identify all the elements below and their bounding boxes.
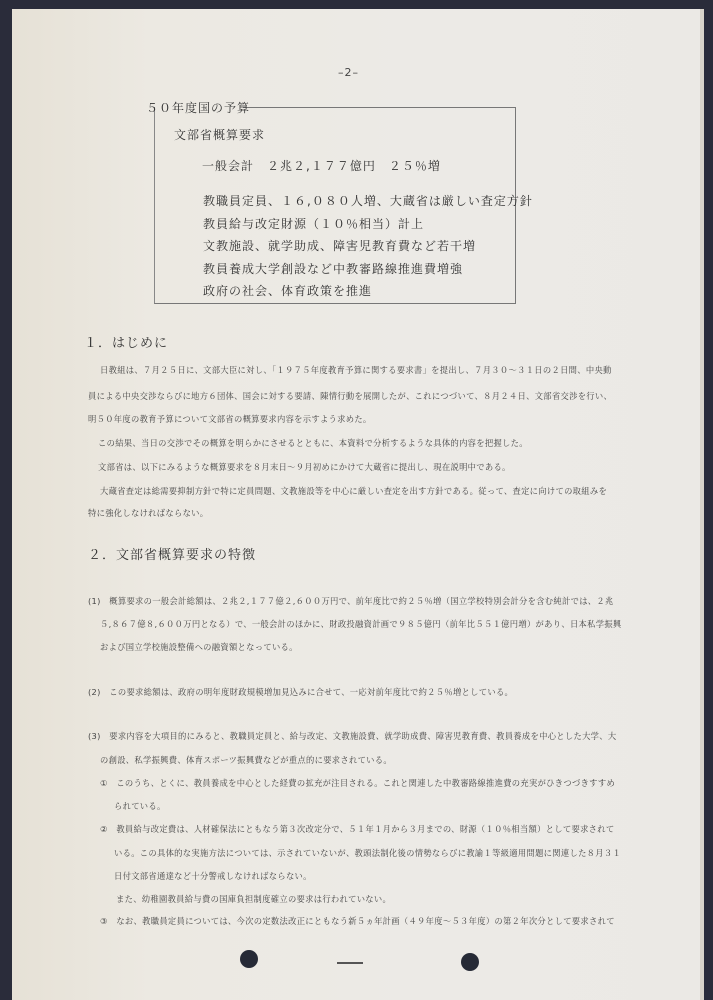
summary-box-top-border xyxy=(243,107,515,108)
summary-box-items: 教職員定員、１６,０８０人増、大蔵省は厳しい査定方針 教員給与改定財源（１０％相… xyxy=(203,190,533,303)
punch-hole-left xyxy=(240,950,258,968)
item1-line: (1) 概算要求の一般会計総額は、２兆２,１７７億２,６００万円で、前年度比で約… xyxy=(88,595,614,607)
summary-item: 教職員定員、１６,０８０人増、大蔵省は厳しい査定方針 xyxy=(203,190,533,213)
item3-line: の創設、私学振興費、体育スポーツ振興費などが重点的に要求されている。 xyxy=(100,754,392,766)
punch-hole-right xyxy=(461,953,479,971)
paper-mark xyxy=(337,962,363,964)
section2-heading: ２．文部省概算要求の特徴 xyxy=(88,544,256,563)
item1-line: ５,８６７億８,６００万円となる）で、一般会計のほかに、財政投融資計画で９８５億… xyxy=(100,618,622,630)
item3-line: また、幼稚園教員給与費の国庫負担制度確立の要求は行われていない。 xyxy=(116,893,391,905)
paragraph-line: 特に強化しなければならない。 xyxy=(88,507,208,519)
item3-line: られている。 xyxy=(114,800,166,812)
summary-box-subtitle: 文部省概算要求 xyxy=(174,126,265,143)
paragraph-line: 文部省は、以下にみるような概算要求を８月末日～９月初めにかけて大蔵省に提出し、現… xyxy=(98,461,511,473)
item3-line: ② 教員給与改定費は、人材確保法にともなう第３次改定分で、５１年１月から３月まで… xyxy=(100,823,614,835)
summary-item: 文教施設、就学助成、障害児教育費など若干増 xyxy=(203,235,533,258)
summary-box-title: ５０年度国の予算 xyxy=(146,99,250,116)
item3-line: いる。この具体的な実施方法については、示されていないが、教頭法制化後の情勢ならび… xyxy=(114,847,621,859)
item3-line: ① このうち、とくに、教員養成を中心とした経費の拡充が注目される。これと関連した… xyxy=(100,777,615,789)
page-edge xyxy=(700,9,704,1000)
item2-line: (2) この要求総額は、政府の明年度財政規模増加見込みに合せて、一応対前年度比で… xyxy=(88,686,513,698)
item1-line: および国立学校施設整備への融資額となっている。 xyxy=(100,641,298,653)
section1-heading: １．はじめに xyxy=(84,332,168,351)
paragraph-line: 大蔵省査定は総需要抑制方針で特に定員問題、文教施設等を中心に厳しい査定を出す方針… xyxy=(100,485,607,497)
summary-box-total: 一般会計 ２兆２,１７７億円 ２５％増 xyxy=(202,157,441,174)
summary-item: 教員給与改定財源（１０％相当）計上 xyxy=(203,213,533,236)
summary-item: 教員養成大学創設など中教審路線推進費増強 xyxy=(203,258,533,281)
item3-line: (3) 要求内容を大項目的にみると、教職員定員と、給与改定、文教施設費、就学助成… xyxy=(88,730,616,742)
paragraph-line: 日教組は、７月２５日に、文部大臣に対し、「１９７５年度教育予算に関する要求書」を… xyxy=(100,364,612,376)
paragraph-line: 明５０年度の教育予算について文部省の概算要求内容を示すよう求めた。 xyxy=(88,413,372,425)
paragraph-line: 員による中央交渉ならびに地方６団体、国会に対する要請、陳情行動を展開したが、これ… xyxy=(88,390,612,402)
page-number: –2– xyxy=(338,66,359,79)
item3-line: ③ なお、教職員定員については、今次の定数法改正にともなう新５ヵ年計画（４９年度… xyxy=(100,915,615,927)
item3-line: 日付文部省通達など十分警戒しなければならない。 xyxy=(114,870,312,882)
summary-item: 政府の社会、体育政策を推進 xyxy=(203,280,533,303)
paragraph-line: この結果、当日の交渉でその概算を明らかにさせるとともに、本資料で分析するような具… xyxy=(98,437,528,449)
